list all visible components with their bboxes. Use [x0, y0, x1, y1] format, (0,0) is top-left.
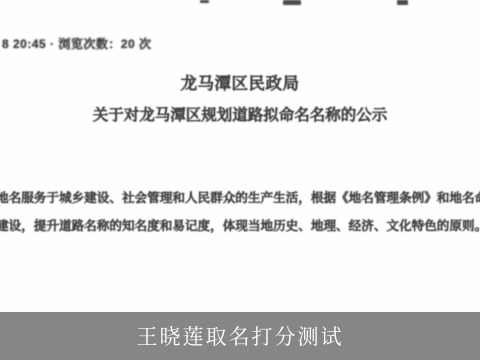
- cropped-text-fragment: [397, 0, 408, 5]
- org-title: 龙马潭区民政局: [0, 70, 480, 94]
- scanned-notice-page: 8 20:45 · 浏览次数：20 次 龙马潭区民政局 关于对龙马潭区规划道路拟…: [0, 0, 480, 360]
- body-line-2: 建设，提升道路名称的知名度和易记度，体现当地历史、地理、经济、文化特色的原则。: [0, 212, 480, 240]
- notice-body: 地名服务于城乡建设、社会管理和人民群众的生产生活，根据《地名管理条例》和地名命 …: [0, 184, 480, 240]
- body-line-1: 地名服务于城乡建设、社会管理和人民群众的生产生活，根据《地名管理条例》和地名命: [0, 184, 480, 212]
- notice-title: 关于对龙马潭区规划道路拟命名名称的公示: [0, 103, 480, 125]
- watermark-banner: 王晓莲取名打分测试: [0, 312, 480, 360]
- watermark-banner-label: 王晓莲取名打分测试: [137, 321, 344, 351]
- cropped-text-fragment: [283, 0, 301, 5]
- cropped-text-fragment: [200, 0, 209, 3]
- document-meta-line: 8 20:45 · 浏览次数：20 次: [2, 35, 152, 52]
